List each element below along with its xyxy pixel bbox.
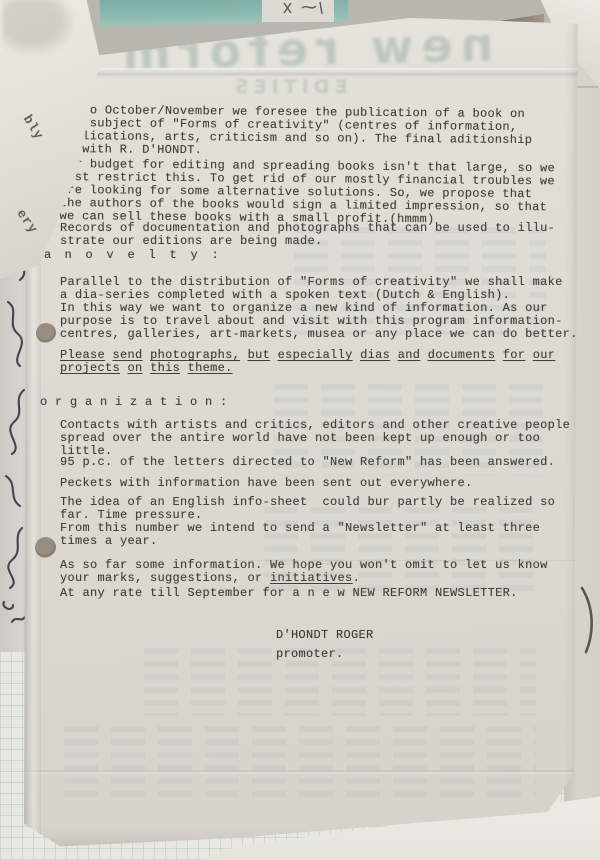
punch-hole bbox=[36, 323, 56, 343]
paragraph-newsletter-frequency: From this number we intend to send a "Ne… bbox=[60, 522, 582, 548]
scanned-desk-scene: new reform EDITIES As to October/Novembe… bbox=[0, 0, 600, 860]
paragraph-dia-series: Parallel to the distribution of "Forms o… bbox=[60, 276, 582, 341]
paragraph-budget: Our budget for editing and spreading boo… bbox=[59, 158, 582, 228]
heading-organization: o r g a n i z a t i o n : bbox=[40, 396, 562, 409]
paragraph-book-announcement: As to October/November we foresee the pu… bbox=[60, 104, 582, 161]
fold-text-fragment: bly bbox=[20, 112, 47, 142]
paragraph-please-send-underlined: Please send photographs, but especially … bbox=[60, 349, 582, 375]
paragraph-peckets: Peckets with information have been sent … bbox=[60, 477, 582, 490]
closing-text-end: . bbox=[353, 571, 361, 585]
fold-ink-smudge bbox=[2, 0, 76, 56]
paragraph-letters-answered: 95 p.c. of the letters directed to "New … bbox=[60, 456, 582, 469]
pencil-scribble-scrap bbox=[262, 0, 334, 22]
heading-novelty: an o v e l t y : bbox=[44, 249, 566, 262]
signature-block: D'HONDT ROGERpromoter. bbox=[276, 626, 374, 664]
ghost-subtitle-bleedthrough: EDITIES bbox=[230, 76, 348, 98]
paragraph-final-note: At any rate till September for a n e w N… bbox=[60, 587, 582, 600]
punch-hole bbox=[35, 537, 56, 558]
typewritten-page: new reform EDITIES As to October/Novembe… bbox=[24, 12, 580, 848]
paragraph-closing: As so far some information. We hope you … bbox=[60, 559, 582, 585]
paragraph-records: Records of documentation and photographs… bbox=[60, 222, 582, 248]
closing-underlined-word: initiatives bbox=[270, 571, 353, 585]
paragraph-info-sheet: The idea of an English info-sheet could … bbox=[60, 496, 582, 522]
fold-crease bbox=[24, 770, 580, 774]
paragraph-contacts: Contacts with artists and critics, edito… bbox=[60, 419, 582, 458]
pencil-marks bbox=[262, 0, 334, 22]
fold-text-fragment: ery bbox=[13, 206, 40, 236]
bleedthrough-text-area bbox=[64, 726, 536, 804]
signature-name: D'HONDT ROGER bbox=[276, 628, 374, 642]
heading-novelty-label: n o v e l t y : bbox=[65, 248, 223, 262]
signature-role: promoter. bbox=[276, 647, 344, 661]
